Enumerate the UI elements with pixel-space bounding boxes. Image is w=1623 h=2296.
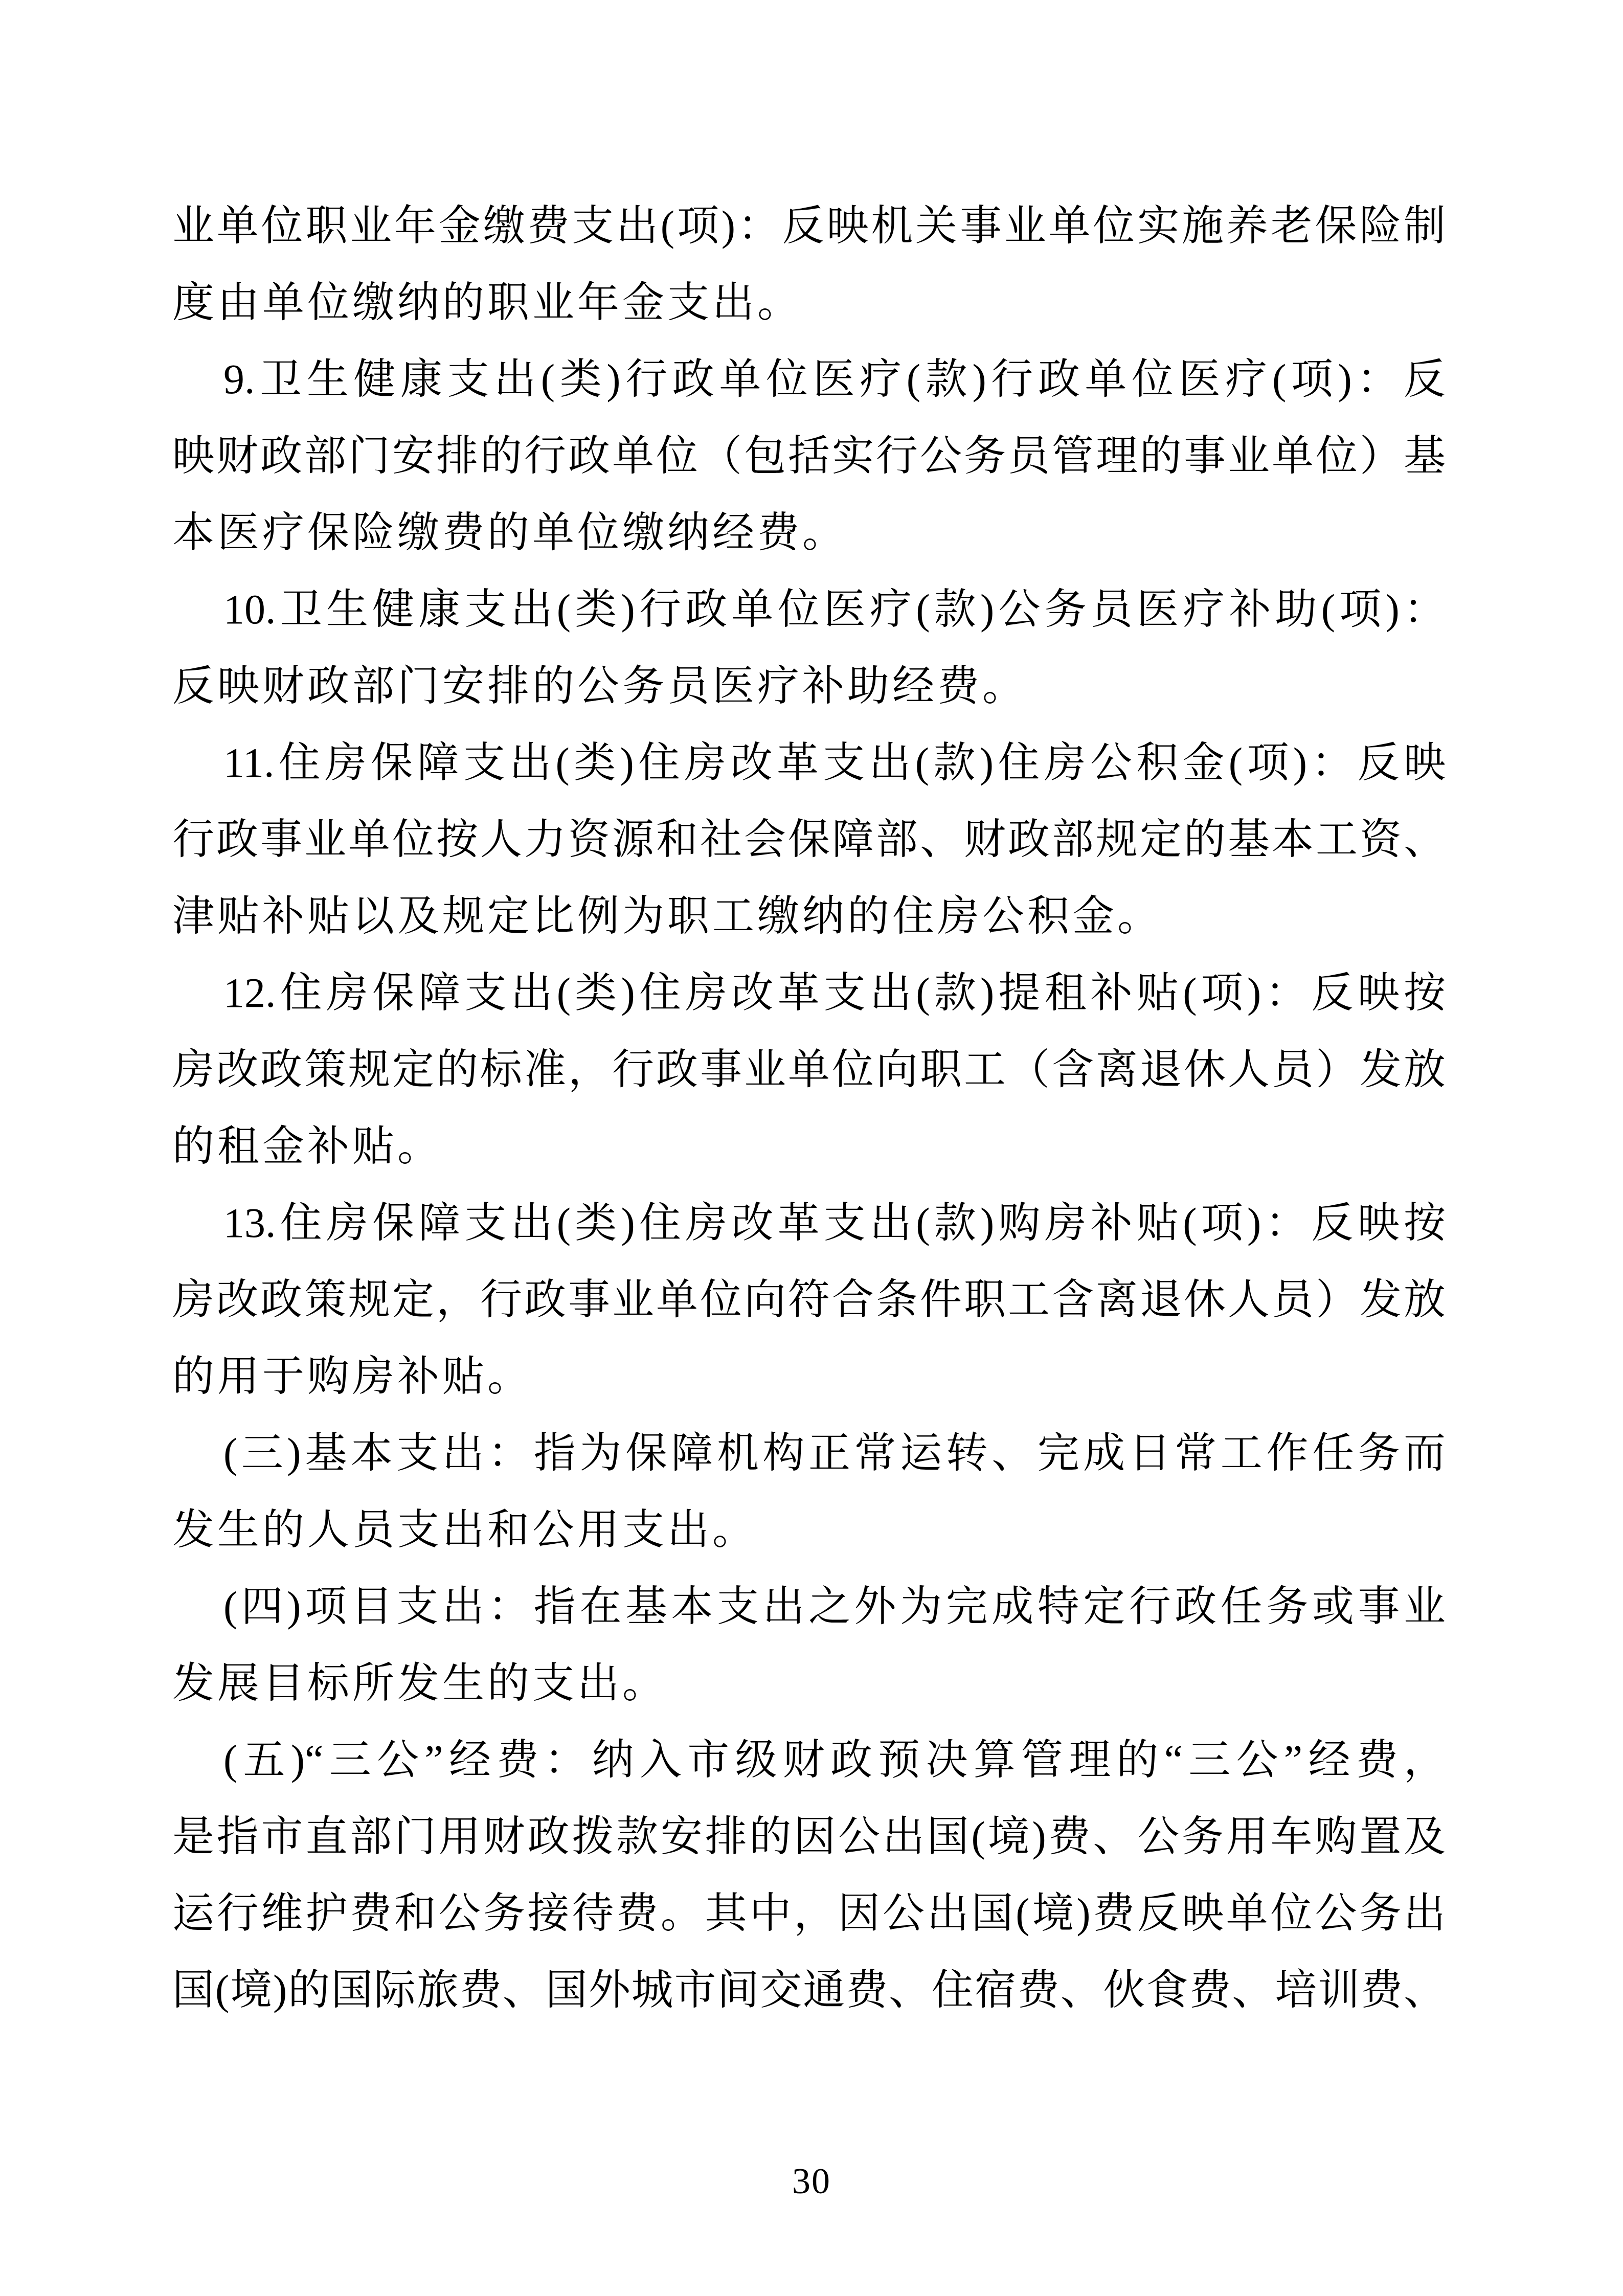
text-line: 12.住房保障支出(类)住房改革支出(款)提租补贴(项)：反映按 xyxy=(172,955,1446,1031)
text-line: 10.卫生健康支出(类)行政单位医疗(款)公务员医疗补助(项)： xyxy=(172,571,1446,648)
text-line: 11.住房保障支出(类)住房改革支出(款)住房公积金(项)：反映 xyxy=(172,725,1446,801)
body-text: 业单位职业年金缴费支出(项)：反映机关事业单位实施养老保险制度由单位缴纳的职业年… xyxy=(172,188,1446,2029)
text-line: 的租金补贴。 xyxy=(172,1108,1446,1185)
text-line: 行政事业单位按人力资源和社会保障部、财政部规定的基本工资、 xyxy=(172,801,1446,878)
text-line: 运行维护费和公务接待费。其中，因公出国(境)费反映单位公务出 xyxy=(172,1875,1446,1952)
document-page: 业单位职业年金缴费支出(项)：反映机关事业单位实施养老保险制度由单位缴纳的职业年… xyxy=(0,0,1623,2296)
text-line: (五)“三公”经费：纳入市级财政预决算管理的“三公”经费， xyxy=(172,1722,1446,1798)
text-line: (三)基本支出：指为保障机构正常运转、完成日常工作任务而 xyxy=(172,1415,1446,1492)
text-line: 业单位职业年金缴费支出(项)：反映机关事业单位实施养老保险制 xyxy=(172,188,1446,264)
text-line: 反映财政部门安排的公务员医疗补助经费。 xyxy=(172,648,1446,725)
page-number: 30 xyxy=(0,2155,1623,2207)
text-line: 的用于购房补贴。 xyxy=(172,1338,1446,1415)
text-line: 国(境)的国际旅费、国外城市间交通费、住宿费、伙食费、培训费、 xyxy=(172,1952,1446,2029)
text-line: (四)项目支出：指在基本支出之外为完成特定行政任务或事业 xyxy=(172,1568,1446,1645)
text-line: 房改政策规定，行政事业单位向符合条件职工含离退休人员）发放 xyxy=(172,1262,1446,1338)
text-line: 是指市直部门用财政拨款安排的因公出国(境)费、公务用车购置及 xyxy=(172,1798,1446,1875)
text-line: 本医疗保险缴费的单位缴纳经费。 xyxy=(172,494,1446,571)
text-line: 津贴补贴以及规定比例为职工缴纳的住房公积金。 xyxy=(172,878,1446,955)
text-line: 发生的人员支出和公用支出。 xyxy=(172,1492,1446,1568)
text-line: 房改政策规定的标准，行政事业单位向职工（含离退休人员）发放 xyxy=(172,1031,1446,1108)
text-line: 发展目标所发生的支出。 xyxy=(172,1645,1446,1722)
text-line: 映财政部门安排的行政单位（包括实行公务员管理的事业单位）基 xyxy=(172,418,1446,494)
text-line: 9.卫生健康支出(类)行政单位医疗(款)行政单位医疗(项)：反 xyxy=(172,341,1446,418)
text-line: 13.住房保障支出(类)住房改革支出(款)购房补贴(项)：反映按 xyxy=(172,1185,1446,1262)
text-line: 度由单位缴纳的职业年金支出。 xyxy=(172,264,1446,341)
